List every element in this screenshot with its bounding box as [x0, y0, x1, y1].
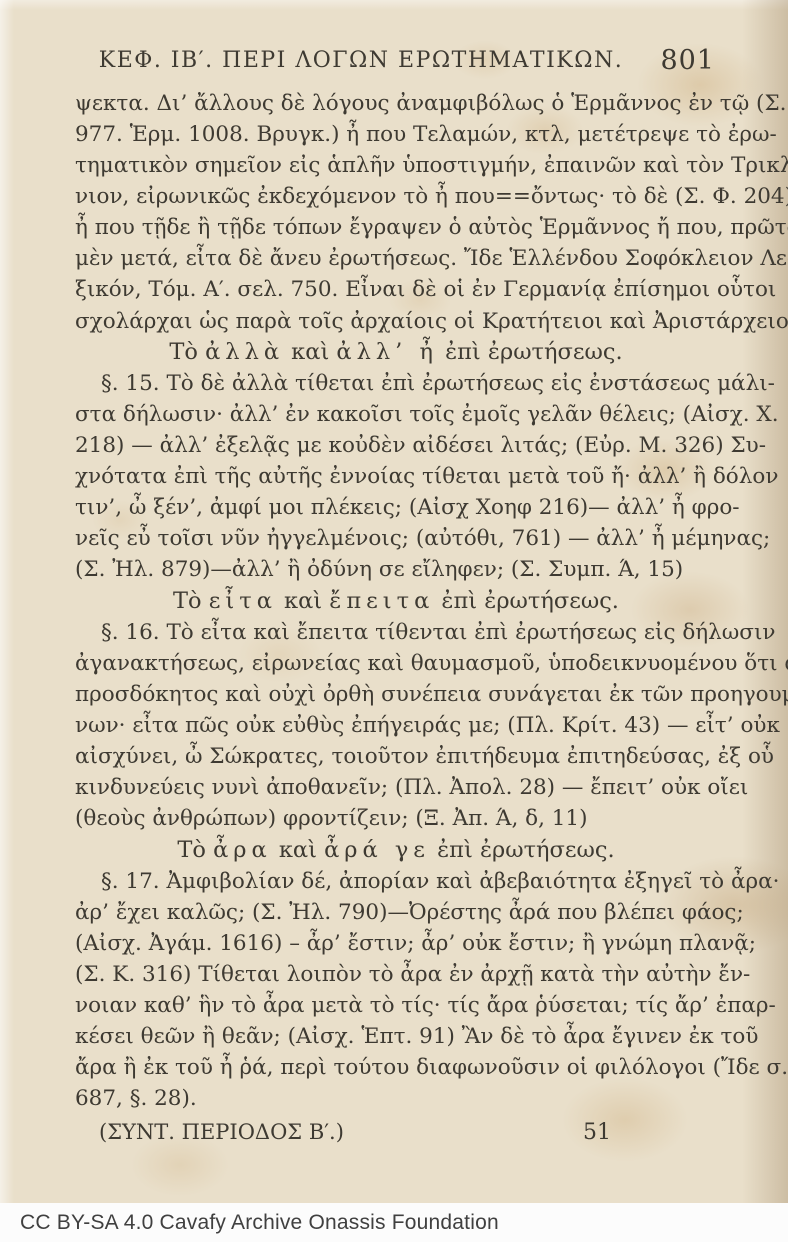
page-number: 801 — [660, 45, 715, 76]
text-line: ἀγανακτήσεως, εἰρωνείας καὶ θαυμασμοῦ, ὑ… — [75, 648, 717, 679]
text-line: κέσει θεῶν ἢ θεᾶν; (Αἰσχ. Ἑπτ. 91) Ἂν δὲ… — [75, 1021, 717, 1052]
heading-text: ἐπὶ ἐρωτήσεως. — [434, 588, 619, 614]
heading-text: καὶ — [284, 339, 336, 365]
text-line: προσδόκητος καὶ οὐχὶ ὀρθὴ συνέπεια συνάγ… — [75, 679, 717, 710]
license-caption-bar: CC BY-SA 4.0 Cavafy Archive Onassis Foun… — [0, 1203, 788, 1242]
text-line: §. 16. Τὸ εἶτα καὶ ἔπειτα τίθενται ἐπὶ ἐ… — [75, 617, 717, 648]
text-line: 977. Ἑρμ. 1008. Βρυγκ.) ἦ που Τελαμών, κ… — [75, 119, 717, 150]
text-line: χνότατα ἐπὶ τῆς αὐτῆς ἐννοίας τίθεται με… — [75, 461, 717, 492]
heading-text: Τὸ — [169, 339, 205, 365]
heading-text: καὶ — [277, 588, 329, 614]
heading-text: ἐπὶ ἐρωτήσεως. — [438, 339, 623, 365]
heading-text: Τὸ — [177, 837, 213, 863]
sheet-number: 51 — [583, 1117, 611, 1148]
license-caption-text: CC BY-SA 4.0 Cavafy Archive Onassis Foun… — [20, 1211, 499, 1235]
text-line: νεῖς εὖ τοῖσι νῦν ἠγγελμένοις; (αὐτόθι, … — [75, 523, 717, 554]
text-line: §. 17. Ἀμφιβολίαν δέ, ἀπορίαν καὶ ἀβεβαι… — [75, 866, 717, 897]
text-line: 687, §. 28). — [75, 1083, 717, 1114]
text-line: σχολάρχαι ὡς παρὰ τοῖς ἀρχαίοις οἱ Κρατή… — [75, 305, 717, 336]
section-heading-ara: Τὸ ἆρα καὶ ἆρά γε ἐπὶ ἐρωτήσεως. — [75, 834, 717, 866]
text-line-text: σχολάρχαι ὡς παρὰ τοῖς ἀρχαίοις οἱ Κρατή… — [75, 309, 788, 334]
text-line: κινδυνεύεις νυνὶ ἀποθανεῖν; (Πλ. Ἀπολ. 2… — [75, 772, 717, 803]
heading-term: ἆρα — [213, 837, 272, 863]
text-line: τιν’, ὦ ξέν’, ἀμφί μοι πλέκεις; (Αἰσχ Χο… — [75, 492, 717, 523]
section-heading-alla: Τὸ ἀλλὰ καὶ ἀλλ’ ἦ ἐπὶ ἐρωτήσεως. — [75, 336, 717, 368]
text-line: νιον, εἰρωνικῶς ἐκδεχόμενον τὸ ἦ που==ὄν… — [75, 181, 717, 212]
text-line: στα δήλωσιν· ἀλλ’ ἐν κακοῖσι τοῖς ἐμοῖς … — [75, 399, 717, 430]
text-line: ξικόν, Τόμ. Α′. σελ. 750. Εἶναι δὲ οἱ ἐν… — [75, 274, 717, 305]
running-head: ΚΕΦ. ΙΒ′. ΠΕΡΙ ΛΟΓΩΝ ΕΡΩΤΗΜΑΤΙΚΩΝ. 801 — [75, 48, 717, 78]
text-line: ψεκτα. Δι’ ἄλλους δὲ λόγους ἀναμφιβόλως … — [75, 88, 717, 119]
text-line: νοιαν καθ’ ἣν τὸ ἆρα μετὰ τὸ τίς· τίς ἄρ… — [75, 990, 717, 1021]
heading-term: ἔπειτα — [329, 588, 434, 614]
page-footer: (ΣΥΝΤ. ΠΕΡΙΟΔΟΣ Β′.) 51 — [75, 1117, 717, 1148]
heading-term: ἀλλὰ — [205, 339, 284, 365]
text-line: μὲν μετά, εἶτα δὲ ἄνευ ἐρωτήσεως. Ἴδε Ἑλ… — [75, 243, 717, 274]
section-heading-eita: Τὸ εἶτα καὶ ἔπειτα ἐπὶ ἐρωτήσεως. — [75, 585, 717, 617]
text-line: (Αἰσχ. Ἀγάμ. 1616) – ἆρ’ ἔστιν; ἆρ’ οὐκ … — [75, 928, 717, 959]
text-line: τηματικὸν σημεῖον εἰς ἁπλῆν ὑποστιγμήν, … — [75, 150, 717, 181]
text-line: (θεοὺς ἀνθρώπων) φροντίζειν; (Ξ. Ἀπ. Ά, … — [75, 803, 717, 834]
section-17-paragraph: §. 17. Ἀμφιβολίαν δέ, ἀπορίαν καὶ ἀβεβαι… — [75, 866, 717, 1114]
section-16-paragraph: §. 16. Τὸ εἶτα καὶ ἔπειτα τίθενται ἐπὶ ἐ… — [75, 617, 717, 834]
text-line: ἦ που τῇδε ἢ τῇδε τόπων ἔγραψεν ὁ αὐτὸς … — [75, 212, 717, 243]
text-line: ἀρ’ ἔχει καλῶς; (Σ. Ἠλ. 790)—Ὀρέστης ἆρά… — [75, 897, 717, 928]
text-line: 218) — ἀλλ’ ἐξελᾷς με κοὐδὲν αἰδέσει λιτ… — [75, 430, 717, 461]
scanned-book-page: ΚΕΦ. ΙΒ′. ΠΕΡΙ ΛΟΓΩΝ ΕΡΩΤΗΜΑΤΙΚΩΝ. 801 ψ… — [0, 0, 788, 1203]
intro-paragraph: ψεκτα. Δι’ ἄλλους δὲ λόγους ἀναμφιβόλως … — [75, 88, 717, 336]
text-line: §. 15. Τὸ δὲ ἀλλὰ τίθεται ἐπὶ ἐρωτήσεως … — [75, 368, 717, 399]
text-line: ἄρα ἢ ἐκ τοῦ ἦ ῥά, περὶ τούτου διαφωνοῦσ… — [75, 1052, 717, 1083]
text-line: νων· εἶτα πῶς οὐκ εὐθὺς ἐπήγειράς με; (Π… — [75, 710, 717, 741]
text-line: (Σ. Ἠλ. 879)—ἀλλ’ ἢ ὀδύνη σε εἴληφεν; (Σ… — [75, 554, 717, 585]
heading-text: καὶ — [272, 837, 324, 863]
chapter-title: ΚΕΦ. ΙΒ′. ΠΕΡΙ ΛΟΓΩΝ ΕΡΩΤΗΜΑΤΙΚΩΝ. — [75, 48, 717, 73]
printer-signature: (ΣΥΝΤ. ΠΕΡΙΟΔΟΣ Β′.) — [99, 1117, 344, 1148]
heading-term: ἀλλ’ ἦ — [336, 339, 438, 365]
heading-text: ἐπὶ ἐρωτήσεως. — [430, 837, 615, 863]
heading-term: εἶτα — [209, 588, 277, 614]
page-body: ψεκτα. Δι’ ἄλλους δὲ λόγους ἀναμφιβόλως … — [75, 88, 717, 1114]
text-line: (Σ. Κ. 316) Τίθεται λοιπὸν τὸ ἆρα ἐν ἀρχ… — [75, 959, 717, 990]
heading-text: Τὸ — [173, 588, 209, 614]
text-line: αἰσχύνει, ὦ Σώκρατες, τοιοῦτον ἐπιτήδευμ… — [75, 741, 717, 772]
heading-term: ἆρά γε — [324, 837, 430, 863]
section-15-paragraph: §. 15. Τὸ δὲ ἀλλὰ τίθεται ἐπὶ ἐρωτήσεως … — [75, 368, 717, 585]
